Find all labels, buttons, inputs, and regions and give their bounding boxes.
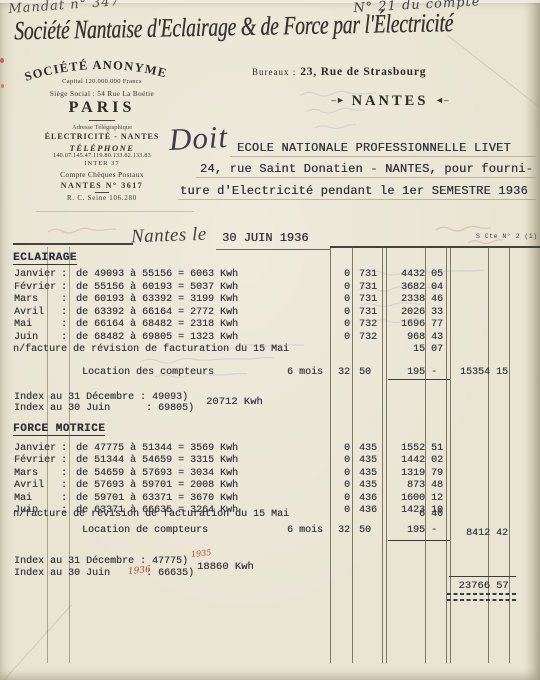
client-object-line: ture d'Electricité pendant le 1er SEMEST… xyxy=(180,184,528,198)
arrow-left-icon: ◄– xyxy=(435,95,448,105)
colon: : xyxy=(61,455,67,466)
index-total-kwh: 18860 Kwh xyxy=(197,561,254,573)
amount-francs: 873 xyxy=(387,480,425,491)
amount-centimes: 48 xyxy=(431,480,449,491)
colon: : xyxy=(61,332,67,343)
grand-total-francs: 23766 xyxy=(452,580,490,592)
client-name-line: ECOLE NATIONALE PROFESSIONNELLE LIVET xyxy=(237,141,511,155)
subtotal-centimes: 15 xyxy=(496,367,514,378)
month-label: Mai xyxy=(14,319,32,330)
paris-label: PARIS xyxy=(18,99,186,117)
capital-line: Capital 120.000.000 Francs xyxy=(18,78,186,85)
index-line: Index au 31 Décembre : 49093) xyxy=(14,392,188,403)
rate-int: 0 xyxy=(330,269,350,280)
rate-int: 0 xyxy=(330,319,350,330)
closing-dashed-rule xyxy=(447,599,517,601)
force-meter-row: Mai:de 59701 à 63371 = 3670 Kwh043616001… xyxy=(0,493,540,506)
force-meter-row: Mars:de 54659 à 57693 = 3034 Kwh04351319… xyxy=(0,468,540,481)
eclairage-meter-row: Mars:de 60193 à 63392 = 3199 Kwh07312338… xyxy=(0,294,540,307)
place-script: Nantes le xyxy=(131,224,207,249)
amount-francs: 1696 xyxy=(387,319,425,330)
red-ink-speck xyxy=(0,58,4,63)
colon: : xyxy=(61,443,67,454)
grand-total-row: 23766 57 xyxy=(0,580,540,593)
colon: : xyxy=(61,319,67,330)
rate-int: 0 xyxy=(330,455,350,466)
revision-label: n/facture de révision de facturation du … xyxy=(13,509,289,520)
form-rule xyxy=(178,199,536,200)
eclairage-location-row: Location des compteurs 6 mois 32 50 195 … xyxy=(0,367,540,380)
rate-int: 0 xyxy=(330,282,350,293)
month-label: Mars xyxy=(14,294,38,305)
amount-centimes: 77 xyxy=(431,319,449,330)
colon: : xyxy=(61,269,67,280)
month-label: Février xyxy=(14,455,56,466)
rate-dec: 436 xyxy=(359,493,387,504)
amount-francs: 4432 xyxy=(387,269,425,280)
rate-int: 0 xyxy=(330,332,350,343)
amount-francs: 968 xyxy=(387,332,425,343)
rate-int: 0 xyxy=(330,468,350,479)
doit-label: Doit xyxy=(168,119,229,158)
force-subtotal-row: 8412 42 xyxy=(0,528,540,541)
amount-centimes: 33 xyxy=(431,307,449,318)
month-label: Mars xyxy=(14,468,38,479)
form-rule xyxy=(36,211,194,212)
amount-francs: 195 xyxy=(387,367,425,378)
month-label: Février xyxy=(14,282,56,293)
eclairage-revision-row: n/facture de révision de facturation du … xyxy=(0,344,540,357)
amount-centimes: 40 xyxy=(431,509,449,520)
subtotal-francs: 8412 xyxy=(452,528,490,539)
eclairage-meter-row: Février:de 55156 à 60193 = 5037 Kwh07313… xyxy=(0,282,540,295)
amount-centimes: 05 xyxy=(431,269,449,280)
amount-francs: 1319 xyxy=(387,468,425,479)
client-address-line: 24, rue Saint Donatien - NANTES, pour fo… xyxy=(200,162,533,176)
bureaux-label: Bureaux : xyxy=(252,67,296,77)
sum-rule xyxy=(388,540,450,541)
rate-dec: 435 xyxy=(359,468,387,479)
amount-centimes: 46 xyxy=(431,294,449,305)
amount-francs: 15 xyxy=(387,344,425,355)
meter-reading: de 68482 à 69805 = 1323 Kwh xyxy=(76,332,238,343)
meter-reading: de 57693 à 59701 = 2008 Kwh xyxy=(76,480,238,491)
force-meter-row: Février:de 51344 à 54659 = 3315 Kwh04351… xyxy=(0,455,540,468)
colon: : xyxy=(61,307,67,318)
section-heading-force-motrice: FORCE MOTRICE xyxy=(13,423,105,436)
meter-reading: de 59701 à 63371 = 3670 Kwh xyxy=(76,493,238,504)
rate-dec: 731 xyxy=(359,282,387,293)
bureaux-address: 23, Rue de Strasbourg xyxy=(300,66,426,78)
arrow-right-icon: –► xyxy=(332,95,345,105)
rate-int: 0 xyxy=(330,443,350,454)
rate-int: 0 xyxy=(330,294,350,305)
ccp-label: Compte Chèques Postaux xyxy=(18,170,186,179)
amount-centimes: 12 xyxy=(431,493,449,504)
eclairage-meter-row: Janvier:de 49093 à 55156 = 6063 Kwh07314… xyxy=(0,269,540,282)
rate-dec: 731 xyxy=(359,294,387,305)
amount-francs: 1552 xyxy=(387,443,425,454)
red-ink-speck xyxy=(1,84,4,88)
bureaux-line: Bureaux : 23, Rue de Strasbourg xyxy=(252,62,426,80)
colon: : xyxy=(61,480,67,491)
location-label: Location des compteurs xyxy=(82,367,214,378)
ccp-value: NANTES N° 3617 xyxy=(18,181,186,190)
nantes-text: NANTES xyxy=(352,93,429,109)
index-line: Index au 30 Juin : 66635) xyxy=(14,568,194,579)
amount-francs: 3682 xyxy=(387,282,425,293)
subtotal-francs: 15354 xyxy=(452,367,490,378)
force-meter-row: Avril:de 57693 à 59701 = 2008 Kwh0435873… xyxy=(0,480,540,493)
eclairage-meter-row: Mai:de 66164 à 68482 = 2318 Kwh073216967… xyxy=(0,319,540,332)
subtotal-centimes: 42 xyxy=(496,528,514,539)
amount-francs: 1442 xyxy=(387,455,425,466)
meter-reading: de 49093 à 55156 = 6063 Kwh xyxy=(76,269,238,280)
amount-francs: 2026 xyxy=(387,307,425,318)
meter-reading: de 51344 à 54659 = 3315 Kwh xyxy=(76,455,238,466)
meter-reading: de 60193 à 63392 = 3199 Kwh xyxy=(76,294,238,305)
telegraph-value: ÉLECTRICITÉ - NANTES xyxy=(18,132,186,141)
amount-centimes: 43 xyxy=(431,332,449,343)
colon: : xyxy=(61,294,67,305)
amount-francs: 6 xyxy=(387,509,425,520)
amount-francs: 1600 xyxy=(387,493,425,504)
meter-reading: de 54659 à 57693 = 3034 Kwh xyxy=(76,468,238,479)
meter-reading: de 66164 à 68482 = 2318 Kwh xyxy=(76,319,238,330)
amount-francs: 2338 xyxy=(387,294,425,305)
rate-dec: 732 xyxy=(359,319,387,330)
month-label: Janvier xyxy=(14,443,56,454)
table-top-rule-left xyxy=(13,243,133,245)
amount-centimes: 02 xyxy=(431,455,449,466)
amount-centimes: 79 xyxy=(431,468,449,479)
form-rule xyxy=(230,156,536,157)
rate-int: 0 xyxy=(330,307,350,318)
colon: : xyxy=(61,468,67,479)
rate-dec: 435 xyxy=(359,443,387,454)
divider xyxy=(89,120,115,121)
invoice-document: Mandat n° 347 N° 21 du compte Société Na… xyxy=(0,0,540,680)
location-duration: 6 mois xyxy=(287,367,323,378)
force-revision-row: n/facture de révision de facturation du … xyxy=(0,509,540,522)
rate-dec: 50 xyxy=(359,367,387,378)
month-label: Avril xyxy=(14,307,44,318)
month-label: Juin xyxy=(14,332,38,343)
index-total-kwh: 20712 Kwh xyxy=(206,396,263,408)
revision-label: n/facture de révision de facturation du … xyxy=(13,344,289,355)
colon: : xyxy=(61,493,67,504)
divider xyxy=(95,192,109,193)
amount-centimes: 04 xyxy=(431,282,449,293)
rate-int: 0 xyxy=(330,493,350,504)
rate-dec: 732 xyxy=(359,332,387,343)
inter-line: INTER 37 xyxy=(18,160,186,167)
amount-centimes: - xyxy=(431,367,449,378)
meter-reading: de 63392 à 66164 = 2772 Kwh xyxy=(76,307,238,318)
amount-centimes: 07 xyxy=(431,344,449,355)
colon: : xyxy=(61,282,67,293)
sum-rule xyxy=(388,379,450,380)
section-heading-eclairage: ECLAIRAGE xyxy=(13,252,77,265)
meter-reading: de 47775 à 51344 = 3569 Kwh xyxy=(76,443,238,454)
rate-int: 0 xyxy=(330,480,350,491)
nantes-city-label: –► NANTES ◄– xyxy=(300,93,480,110)
rc-line: R. C. Seine 106.280 xyxy=(18,195,186,202)
amount-centimes: 51 xyxy=(431,443,449,454)
rate-dec: 731 xyxy=(359,269,387,280)
closing-dashed-rule xyxy=(447,593,517,595)
siege-social-line: Siège Social : 54 Rue La Boétie xyxy=(18,90,186,98)
month-label: Janvier xyxy=(14,269,56,280)
month-label: Avril xyxy=(14,480,44,491)
grand-total-centimes: 57 xyxy=(496,580,514,592)
rate-dec: 435 xyxy=(359,455,387,466)
index-line: Index au 31 Décembre : 47775) xyxy=(14,556,188,567)
reference-note: S Cte N° 2 (1) xyxy=(476,233,538,240)
grand-total-rule xyxy=(449,576,516,577)
rate-int: 32 xyxy=(330,367,350,378)
meter-reading: de 55156 à 60193 = 5037 Kwh xyxy=(76,282,238,293)
month-label: Mai xyxy=(14,493,32,504)
phone-numbers: 140.07.145.47.119.80.133.82.133.83 xyxy=(18,152,186,159)
invoice-date: 30 JUIN 1936 xyxy=(222,231,308,245)
form-rule xyxy=(196,177,536,178)
telegraph-label: Adresse Télégraphique xyxy=(18,124,186,131)
rate-dec: 435 xyxy=(359,480,387,491)
index-line: Index au 30 Juin : 69805) xyxy=(14,403,194,414)
rate-dec: 731 xyxy=(359,307,387,318)
eclairage-meter-row: Avril:de 63392 à 66164 = 2772 Kwh0731202… xyxy=(0,307,540,320)
date-underline xyxy=(216,249,330,250)
